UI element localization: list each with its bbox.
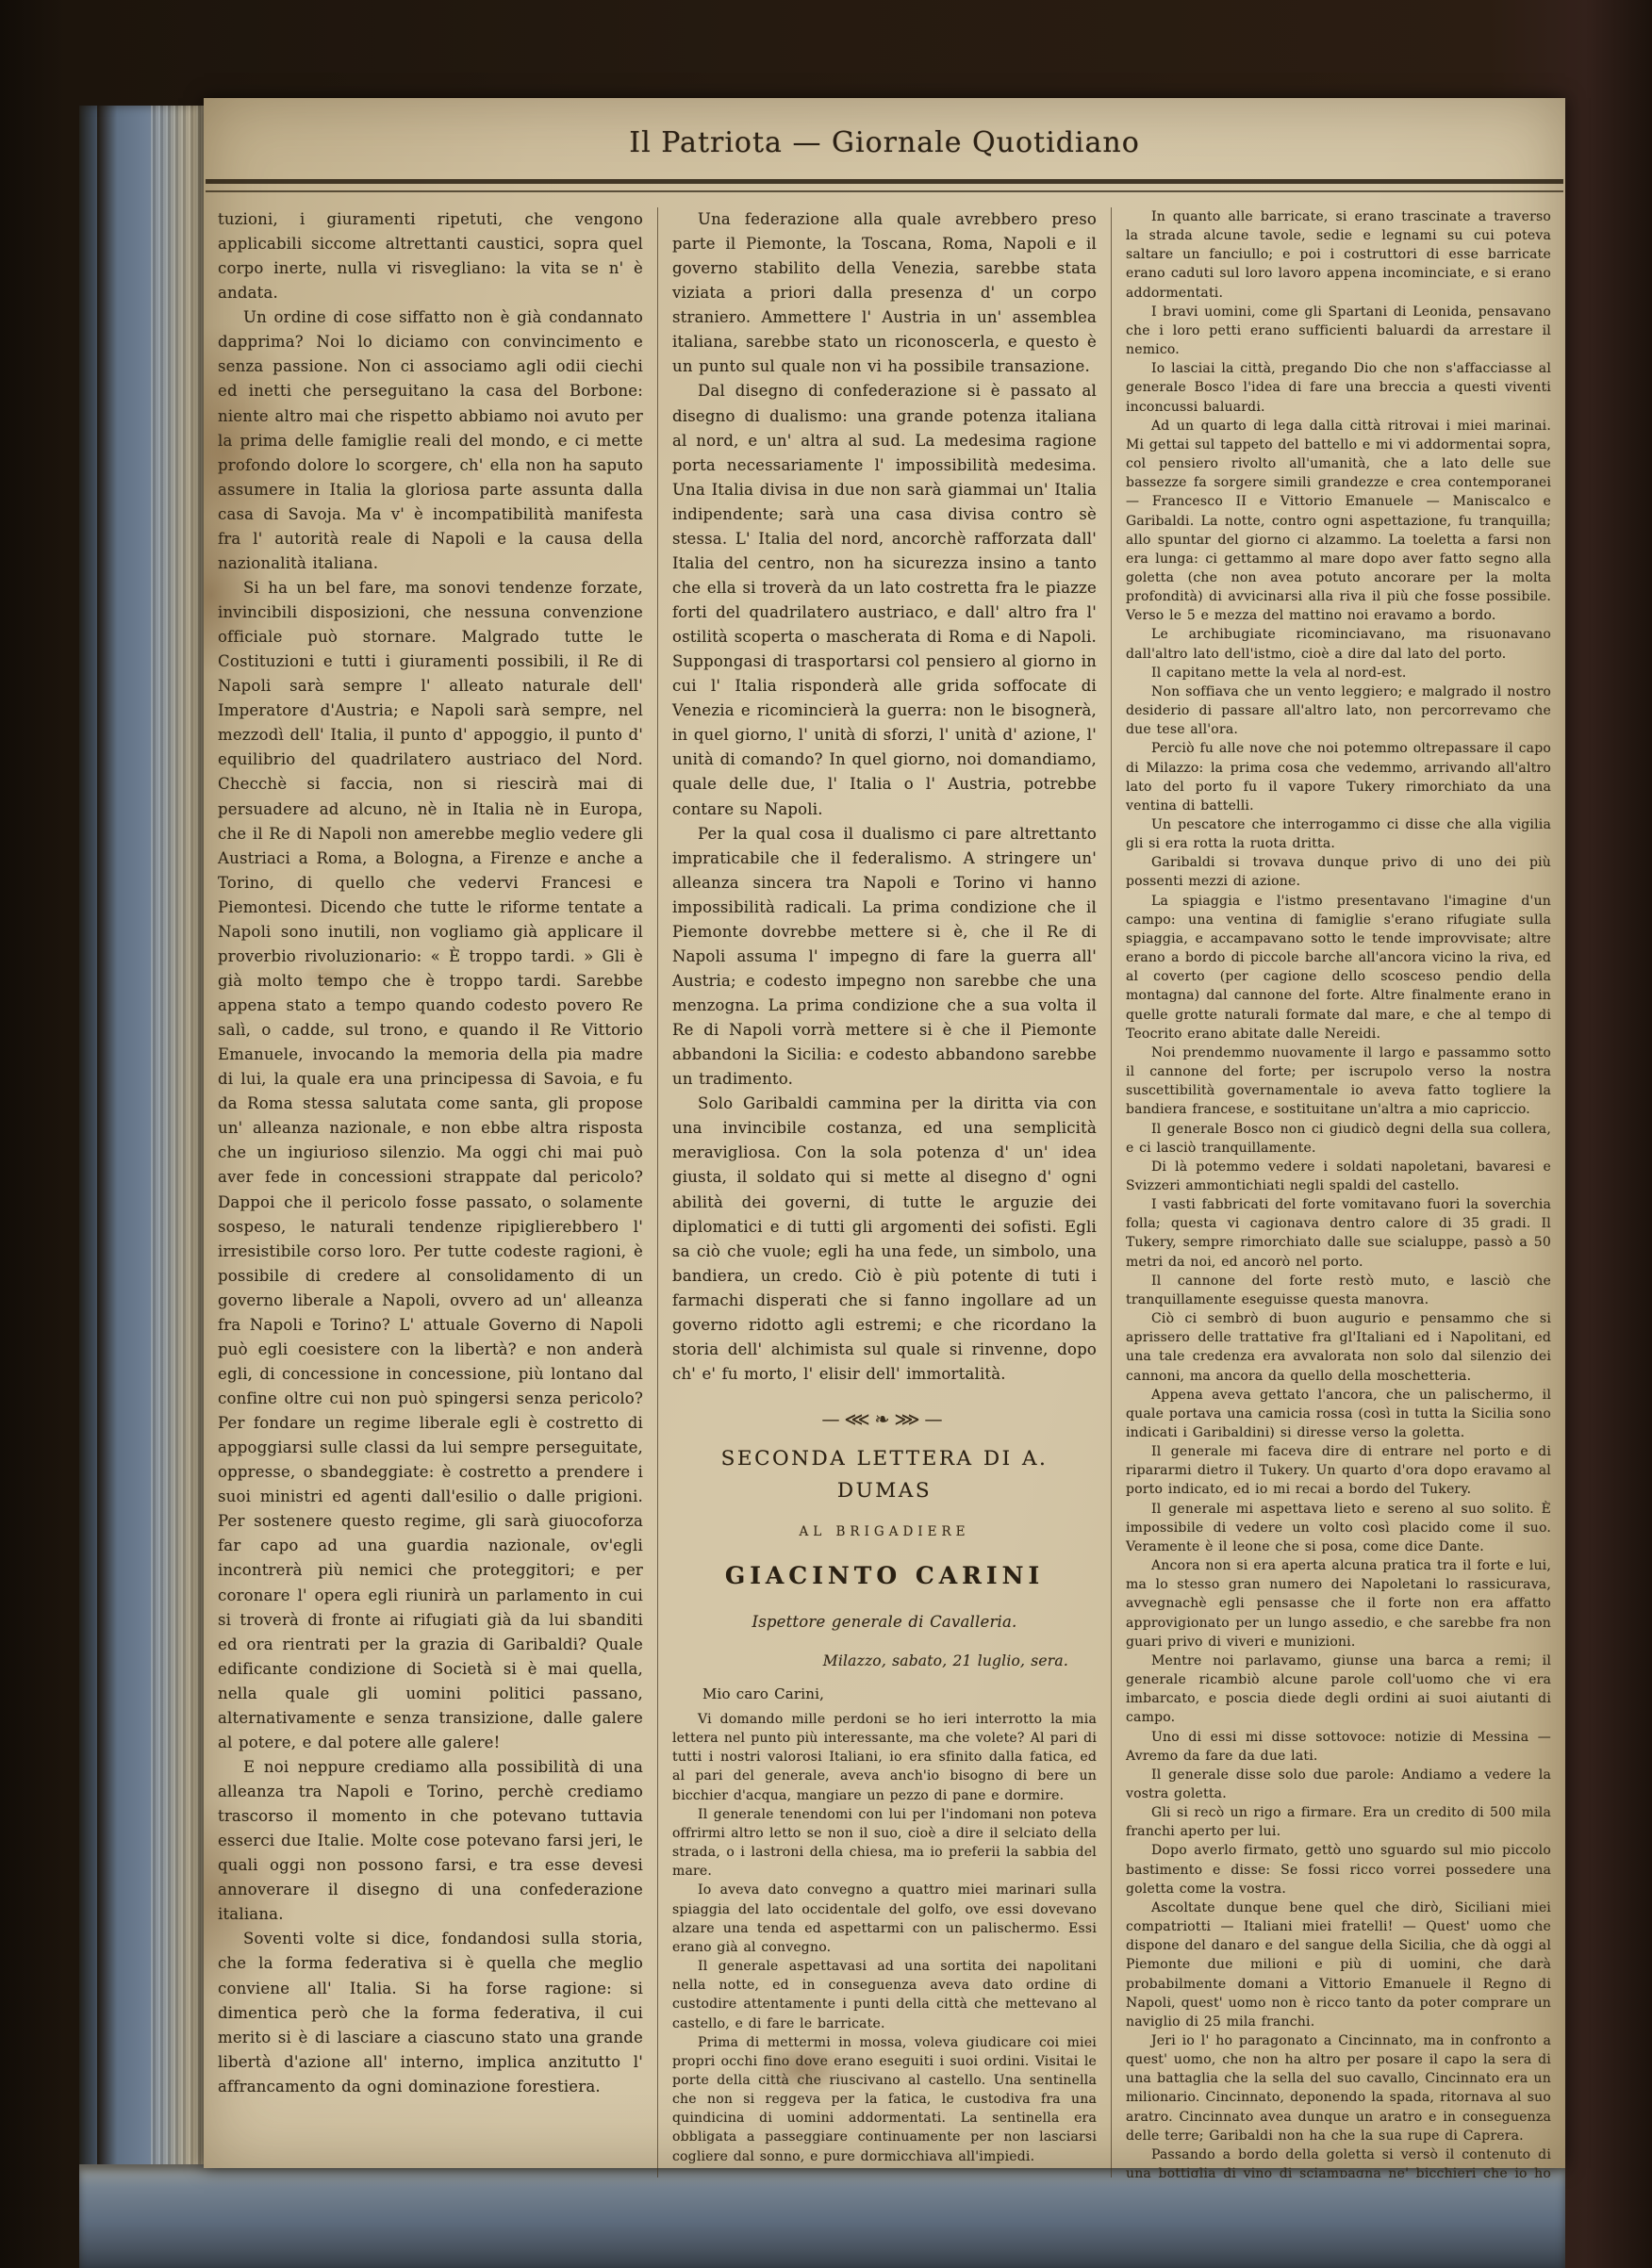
letter-salutation: Mio caro Carini, (672, 1684, 1097, 1706)
paragraph: Uno di essi mi disse sottovoce: notizie … (1126, 1728, 1551, 1766)
paragraph: Dal disegno di confederazione si è passa… (672, 379, 1097, 821)
paragraph: Dopo averlo firmato, gettò uno sguardo s… (1126, 1841, 1551, 1898)
ornament-divider: —⋘❧⋙— (672, 1405, 1097, 1434)
paragraph: Prima di mettermi in mossa, voleva giudi… (672, 2033, 1097, 2166)
paragraph: Per la qual cosa il dualismo ci pare alt… (672, 822, 1097, 1093)
column-2: Una federazione alla quale avrebbero pre… (657, 207, 1112, 2178)
paragraph: Un ordine di cose siffatto non è già con… (218, 305, 643, 576)
stacked-page-edges (151, 106, 206, 2268)
paragraph: Ad un quarto di lega dalla città ritrova… (1126, 417, 1551, 626)
paragraph: Il generale Bosco non ci giudicò degni d… (1126, 1120, 1551, 1158)
paragraph: Ciò ci sembrò di buon augurio e pensammo… (1126, 1309, 1551, 1386)
paragraph: I vasti fabbricati del forte vomitavano … (1126, 1195, 1551, 1272)
paragraph: Il generale mi aspettava lieto e sereno … (1126, 1500, 1551, 1556)
paragraph: Gli si recò un rigo a firmare. Era un cr… (1126, 1803, 1551, 1841)
masthead-rule (206, 179, 1563, 192)
paragraph: Perciò fu alle nove che noi potemmo oltr… (1126, 739, 1551, 815)
paragraph: Il capitano mette la vela al nord-est. (1126, 664, 1551, 682)
paragraph: Noi prendemmo nuovamente il largo e pass… (1126, 1044, 1551, 1120)
letter-dateline: Milazzo, sabato, 21 luglio, sera. (672, 1650, 1097, 1672)
scanned-newspaper-photo: Il Patriota — Giornale Quotidiano tuzion… (0, 0, 1652, 2268)
paragraph: Passando a bordo della goletta si versò … (1126, 2145, 1551, 2178)
paragraph: Io lasciai la città, pregando Dio che no… (1126, 359, 1551, 416)
paragraph: Il generale mi faceva dire di entrare ne… (1126, 1442, 1551, 1499)
paragraph: Un pescatore che interrogammo ci disse c… (1126, 815, 1551, 853)
paragraph: E noi neppure crediamo alla possibilità … (218, 1755, 643, 1927)
paragraph: Vi domando mille perdoni se ho ieri inte… (672, 1710, 1097, 1805)
column-layout: tuzioni, i giuramenti ripetuti, che veng… (204, 207, 1565, 2178)
column-3-letter-continuation: In quanto alle barricate, si erano trasc… (1112, 207, 1565, 2178)
column-2-editorial: Una federazione alla quale avrebbero pre… (672, 207, 1097, 1387)
paragraph: La spiaggia e l'istmo presentavano l'ima… (1126, 892, 1551, 1044)
book-binding-left-edge (79, 106, 206, 2268)
book-cover-bottom-edge (79, 2164, 1565, 2268)
paragraph: Non soffiava che un vento leggiero; e ma… (1126, 682, 1551, 739)
paragraph: In quanto alle barricate, si erano trasc… (1126, 207, 1551, 303)
paragraph: Di là potemmo vedere i soldati napoletan… (1126, 1158, 1551, 1195)
paragraph: Mentre noi parlavamo, giunse una barca a… (1126, 1652, 1551, 1728)
paragraph: Appena aveva gettato l'ancora, che un pa… (1126, 1386, 1551, 1442)
paragraph: Garibaldi si trovava dunque privo di uno… (1126, 853, 1551, 891)
paragraph: Ascoltate dunque bene quel che dirò, Sic… (1126, 1898, 1551, 2031)
masthead: Il Patriota — Giornale Quotidiano (204, 98, 1565, 175)
paragraph: Io aveva dato convegno a quattro miei ma… (672, 1881, 1097, 1957)
letter-body: Vi domando mille perdoni se ho ieri inte… (672, 1710, 1097, 2166)
paragraph: Le archibugiate ricominciavano, ma risuo… (1126, 625, 1551, 663)
paragraph: Soventi volte si dice, fondandosi sulla … (218, 1927, 643, 2098)
paragraph: Jeri io l' ho paragonato a Cincinnato, m… (1126, 2031, 1551, 2145)
masthead-title: Il Patriota — Giornale Quotidiano (629, 126, 1140, 159)
letter-addressee-name: GIACINTO CARINI (672, 1557, 1097, 1595)
paragraph: Una federazione alla quale avrebbero pre… (672, 207, 1097, 379)
paragraph: Il generale tenendomi con lui per l'indo… (672, 1805, 1097, 1882)
paragraph: Si ha un bel fare, ma sonovi tendenze fo… (218, 576, 643, 1755)
paragraph: Il cannone del forte restò muto, e lasci… (1126, 1272, 1551, 1309)
letter-title: SECONDA LETTERA DI A. DUMAS (672, 1443, 1097, 1507)
paragraph: Solo Garibaldi cammina per la diritta vi… (672, 1092, 1097, 1387)
letter-addressee-rank: AL BRIGADIERE (672, 1522, 1097, 1542)
column-1-editorial: tuzioni, i giuramenti ripetuti, che veng… (204, 207, 657, 2178)
newspaper-page: Il Patriota — Giornale Quotidiano tuzion… (204, 98, 1565, 2168)
paragraph: tuzioni, i giuramenti ripetuti, che veng… (218, 207, 643, 305)
paragraph: Il generale aspettavasi ad una sortita d… (672, 1957, 1097, 2033)
paragraph: Il generale disse solo due parole: Andia… (1126, 1766, 1551, 1803)
paragraph: I bravi uomini, come gli Spartani di Leo… (1126, 303, 1551, 359)
paragraph: Ancora non si era aperta alcuna pratica … (1126, 1556, 1551, 1652)
letter-addressee-title: Ispettore generale di Cavalleria. (672, 1610, 1097, 1635)
